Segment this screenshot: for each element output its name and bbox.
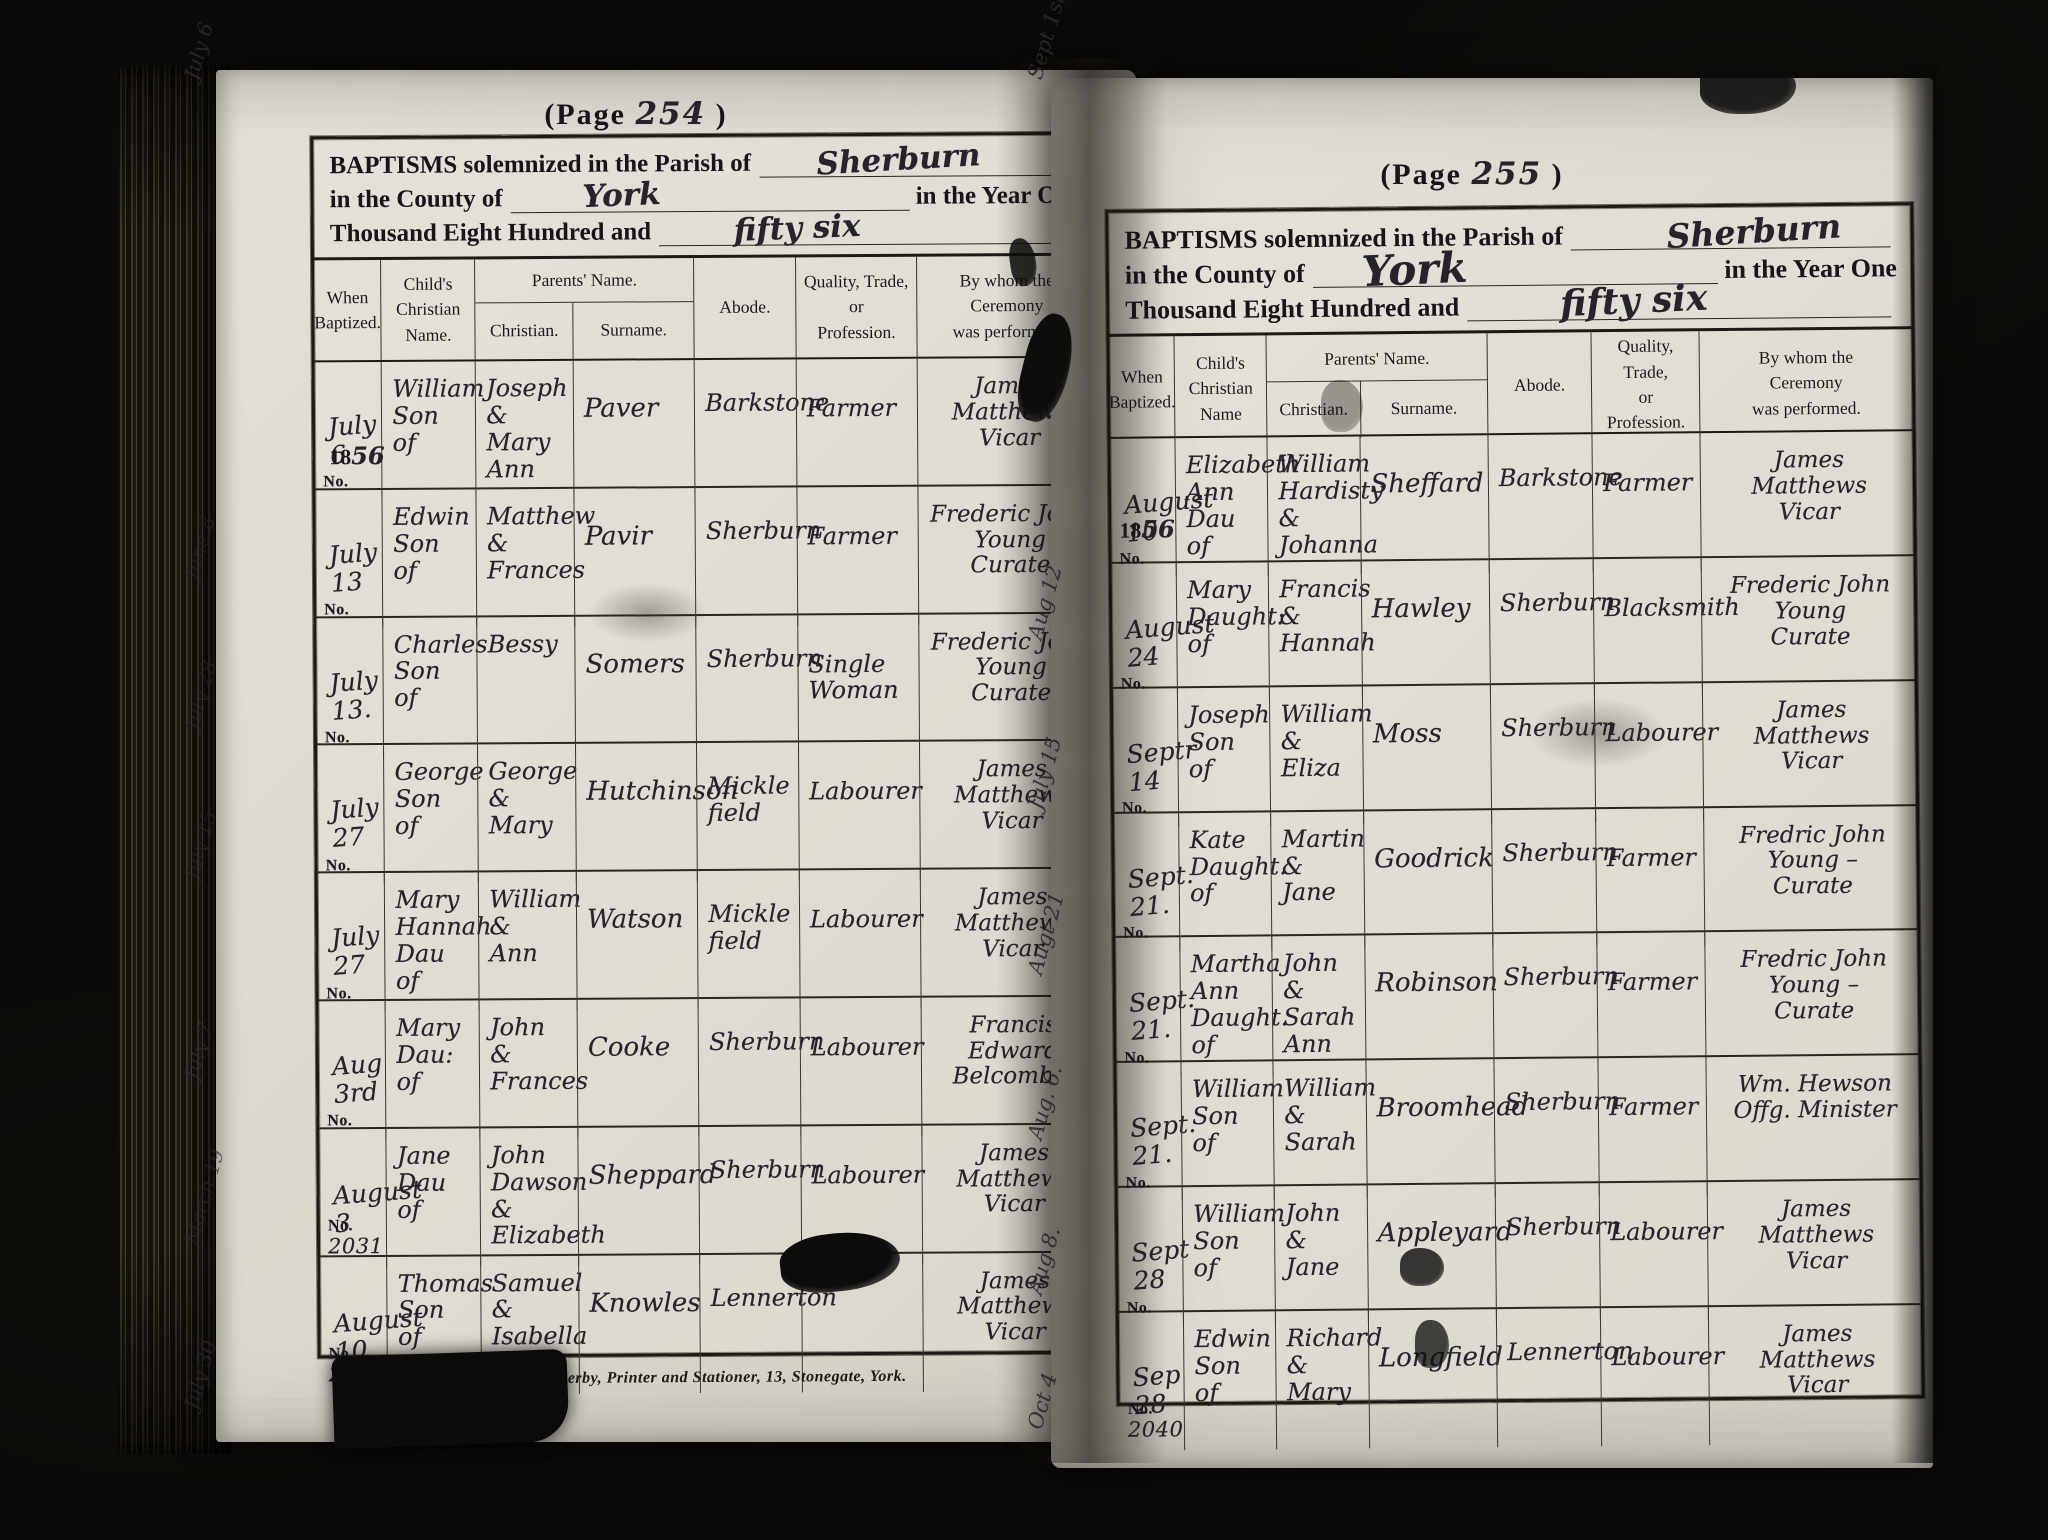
trade-cell: Labourer [799, 998, 921, 1137]
parents-christian-cell: Bessy [477, 616, 576, 755]
abode-cell: Sherburn [699, 1126, 801, 1265]
baptism-entry-row: July 13. No. Charles Son of Bessy Somers… [316, 613, 1099, 746]
by-whom-cell: James Matthews Vicar [1702, 681, 1916, 821]
ink-blot [1400, 1248, 1444, 1286]
child-name-cell: Edwin Son of [1183, 1311, 1277, 1450]
baptism-entry-row: July 27 No. George Son of George & Mary … [317, 741, 1100, 874]
no-label: No. 2031 [328, 1217, 387, 1259]
col-abode: Abode. [1486, 333, 1591, 439]
col-surname: Surname. [573, 302, 694, 359]
baptism-entry-row: July 27 No. Mary Hannah Dau of William &… [318, 869, 1101, 1002]
abode-cell: Sherburn [1493, 1058, 1599, 1197]
child-name-cell: Charles Son of [383, 617, 478, 756]
year-underline: fifty six [1467, 287, 1891, 322]
col-quality-trade: Quality, Trade, or Profession. [795, 257, 917, 358]
no-label: No. [327, 1108, 352, 1132]
abode-cell: Sherburn [1495, 1183, 1601, 1322]
page-edge-fade [1892, 58, 1938, 1463]
no-label: No. [323, 469, 348, 493]
close-paren: ) [716, 98, 728, 131]
child-name-cell: Jane Dau of [386, 1128, 481, 1267]
when-baptized-cell: Sep 28 No. 2040 [1119, 1312, 1184, 1451]
parents-christian-cell: William & Sarah [1273, 1061, 1367, 1200]
col-childs-name: Child's Christian Name [1174, 336, 1267, 442]
parents-christian-cell: John Dawson & Elizabeth [480, 1128, 579, 1267]
baptism-entry-row: August 24 No. Mary Daught: of Francis & … [1112, 556, 1915, 688]
when-baptized-cell: July 27 No. [317, 745, 384, 883]
child-name-cell: William Son of [381, 361, 476, 500]
county-handwritten: York [1360, 239, 1468, 300]
county-handwritten: York [582, 174, 662, 219]
book-page-stack-edge [118, 66, 232, 1454]
baptism-entry-row: July 13 No. Edwin Son of Matthew & Franc… [315, 485, 1098, 618]
col-surname: Surname. [1360, 380, 1488, 437]
baptism-register-form-right: BAPTISMS solemnized in the Parish of She… [1105, 202, 1924, 1406]
baptism-entries-left: July 6 No. William Son of Joseph & Mary … [315, 358, 1103, 1383]
when-baptized-cell: Septr 14 No. [1113, 688, 1178, 827]
ink-blot [1415, 1320, 1449, 1368]
parents-christian-cell: George & Mary [477, 744, 576, 883]
column-headers-right: When Baptized. Child's Christian Name Pa… [1110, 329, 1913, 439]
parents-christian-cell: Joseph & Mary Ann [475, 361, 574, 500]
surname-cell: Sheppard [577, 1127, 699, 1266]
abode-cell: Sherburn [1489, 559, 1595, 698]
county-label: in the County of [1125, 256, 1305, 293]
thousand-label: Thousand Eight Hundred and [330, 216, 651, 252]
parents-christian-cell: John & Frances [479, 1000, 578, 1139]
entry-number: 2031 [328, 1234, 384, 1258]
no-label: No. [325, 724, 350, 748]
baptism-date: July 13 [328, 538, 380, 597]
baptism-register-form-left: BAPTISMS solemnized in the Parish of She… [310, 132, 1105, 1359]
baptism-entry-row: Sept. 21. No. Kate Daught. of Martin & J… [1114, 806, 1917, 938]
surname-cell: Robinson [1364, 935, 1494, 1074]
baptism-entry-row: July 6 No. William Son of Joseph & Mary … [315, 358, 1098, 491]
baptism-entry-row: Sept. 21. No. William Son of William & S… [1116, 1055, 1919, 1187]
col-christian: Christian. [476, 303, 573, 360]
abode-cell: Barkstone [1487, 435, 1593, 574]
entry-number: 2040 [1128, 1418, 1184, 1443]
by-whom-cell: Wm. Hewson Offg. Minister [1706, 1055, 1920, 1195]
year-handwritten: fifty six [733, 206, 861, 253]
abode-cell: Sherburn [695, 615, 797, 754]
surname-cell: Broomhead [1365, 1059, 1495, 1198]
page-number-handwritten: 255 [1471, 156, 1542, 192]
baptism-date: July 27 [330, 922, 382, 981]
child-name-cell: Joseph Son of [1177, 687, 1271, 826]
ink-smudge [1321, 380, 1363, 432]
child-name-cell: Elizabeth Ann Dau of [1175, 438, 1269, 577]
abode-cell: Sherburn [1492, 934, 1598, 1073]
col-abode: Abode. [693, 257, 795, 358]
by-whom-cell: James Matthews Vicar [1707, 1180, 1921, 1320]
parents-christian-cell: William & Ann [478, 872, 577, 1011]
when-baptized-cell: Sept 28 No. [1118, 1187, 1183, 1326]
surname-cell: Cooke [577, 999, 699, 1138]
surname-cell: Moss [1361, 685, 1491, 824]
page-word: (Page [1380, 158, 1462, 191]
by-whom-cell: James Matthews Vicar [1700, 431, 1914, 571]
parish-underline: Sherburn [759, 145, 1076, 178]
when-baptized-cell: August 10 No. [1110, 439, 1175, 578]
page-number-heading-right: (Page 255 ) [1031, 156, 1913, 192]
child-name-cell: Mary Dau: of [385, 1000, 480, 1139]
dark-shadow-bottom-left [331, 1349, 569, 1449]
baptism-date: July 13. [329, 666, 381, 725]
no-label: No. [324, 596, 349, 620]
year-1856-right: 1856 [1119, 514, 1175, 544]
trade-cell: Single Woman [797, 614, 919, 753]
when-baptized-cell: July 27 No. [318, 873, 385, 1011]
surname-cell: Goodrick [1363, 810, 1493, 949]
page-number-heading-left: (Page 254 ) [176, 96, 1096, 132]
baptism-entries-right: August 10 No. Elizabeth Ann Dau of Willi… [1110, 431, 1922, 1435]
baptism-entry-row: August 3 No. 2031 Jane Dau of John Dawso… [319, 1124, 1102, 1257]
surname-cell: Paver [573, 360, 695, 499]
when-baptized-cell: July 6 No. [315, 362, 382, 500]
abode-cell: Sherburn [695, 487, 797, 626]
parents-christian-cell: William & Eliza [1269, 686, 1363, 825]
abode-cell: Mickle field [696, 743, 798, 882]
abode-cell: Barkstone [694, 359, 796, 498]
parents-christian-cell: Martin & Jane [1270, 811, 1364, 950]
trade-cell: Farmer [1592, 433, 1702, 572]
trade-cell: Labourer [799, 870, 921, 1009]
surname-cell: Hutchinson [575, 743, 697, 882]
baptism-entry-row: Aug 3rd No. Mary Dau: of John & Frances … [319, 997, 1102, 1130]
close-paren: ) [1552, 158, 1564, 191]
ink-bleedthrough [1528, 698, 1668, 768]
when-baptized-cell: Sept. 21. No. [1114, 813, 1179, 952]
register-page-right: (Page 255 ) BAPTISMS solemnized in the P… [1051, 78, 1933, 1468]
open-register-book: (Page 254 ) BAPTISMS solemnized in the P… [118, 58, 1930, 1463]
baptism-date: Aug 3rd [331, 1049, 385, 1109]
parents-christian-cell: Richard & Mary [1275, 1310, 1369, 1449]
baptism-entry-row: August 10 No. Elizabeth Ann Dau of Willi… [1110, 431, 1913, 563]
county-label: in the County of [330, 182, 503, 217]
when-baptized-cell: July 13 No. [315, 490, 382, 628]
parents-christian-cell: Matthew & Frances [476, 489, 575, 628]
col-quality-trade: Quality, Trade, or Profession. [1591, 331, 1700, 438]
col-childs-name: Child's Christian Name. [380, 259, 474, 360]
year-one-label: in the Year One [1724, 250, 1897, 287]
child-name-cell: Edwin Son of [382, 489, 477, 628]
year-1856-left: 1856 [329, 441, 385, 470]
parents-christian-cell: John & Jane [1274, 1186, 1368, 1325]
when-baptized-cell: Sept. 21. No. [1115, 938, 1180, 1077]
by-whom-cell: Frederic John Young Curate [1701, 556, 1915, 696]
surname-cell: Watson [576, 871, 698, 1010]
when-baptized-cell: August 3 No. 2031 [319, 1129, 386, 1267]
trade-cell: Farmer [1595, 808, 1705, 947]
form-title: BAPTISMS solemnized in the Parish of [1124, 219, 1563, 258]
col-when-baptized: When Baptized. [1110, 337, 1175, 443]
parish-underline: Sherburn [1571, 216, 1891, 250]
child-name-cell: George Son of [383, 745, 478, 884]
child-name-cell: William Son of [1181, 1062, 1275, 1201]
when-baptized-cell: July 13. No. [316, 618, 383, 756]
ink-bleedthrough [588, 583, 708, 643]
col-parents-name: Parents' Name. [1267, 336, 1487, 382]
surname-cell: Hawley [1360, 560, 1490, 699]
surname-cell: Sheffard [1359, 436, 1489, 575]
parents-christian-cell: William Hardisty & Johanna [1267, 437, 1361, 576]
abode-cell: Sherburn [1491, 809, 1597, 948]
baptism-entry-row: Sep 28 No. 2040 Edwin Son of Richard & M… [1119, 1305, 1922, 1435]
trade-cell: Labourer [798, 742, 920, 881]
form-header-right: BAPTISMS solemnized in the Parish of She… [1108, 205, 1911, 337]
child-name-cell: Mary Daught: of [1176, 562, 1270, 701]
scanned-register-photo: { "scene": { "background_color": "#0b0a0… [0, 0, 2048, 1540]
form-header-left: BAPTISMS solemnized in the Parish of She… [313, 135, 1096, 261]
by-whom-cell: Fredric John Young – Curate [1703, 806, 1917, 946]
trade-cell: Blacksmith [1593, 558, 1703, 697]
baptism-entry-row: Sept 28 No. William Son of John & Jane A… [1118, 1180, 1921, 1312]
parents-christian-cell: John & Sarah Ann [1272, 936, 1366, 1075]
page-word: (Page [544, 98, 626, 131]
page-number-handwritten: 254 [635, 96, 706, 132]
abode-cell: Mickle field [697, 871, 799, 1010]
parents-christian-cell: Francis & Hannah [1268, 562, 1362, 701]
trade-cell: Labourer [1599, 1182, 1709, 1321]
no-label: No. [326, 852, 351, 876]
register-page-left: (Page 254 ) BAPTISMS solemnized in the P… [216, 70, 1136, 1442]
column-headers-left: When Baptized. Child's Christian Name. P… [314, 256, 1097, 363]
child-name-cell: Kate Daught. of [1178, 812, 1272, 951]
year-handwritten: fifty six [1559, 273, 1708, 328]
by-whom-cell: Fredric John Young – Curate [1705, 931, 1919, 1071]
abode-cell: Lennerton [1496, 1308, 1602, 1447]
baptism-entry-row: Sept. 21. No. Martha Ann Daught. of John… [1115, 931, 1918, 1063]
child-name-cell: Mary Hannah Dau of [384, 873, 479, 1012]
when-baptized-cell: Aug 3rd No. [319, 1001, 386, 1139]
child-name-cell: William Son of [1182, 1186, 1276, 1325]
baptism-entry-row: Septr 14 No. Joseph Son of William & Eli… [1113, 681, 1916, 813]
trade-cell: Farmer [1596, 933, 1706, 1072]
trade-cell: Farmer [796, 359, 918, 498]
form-title: BAPTISMS solemnized in the Parish of [329, 147, 751, 183]
abode-cell: Sherburn [698, 998, 800, 1137]
no-label: No. [326, 980, 351, 1004]
baptism-date: July 27 [329, 794, 381, 853]
when-baptized-cell: Sept. 21. No. [1116, 1062, 1181, 1201]
no-label: No. 2040 [1128, 1401, 1185, 1443]
when-baptized-cell: August 24 No. [1112, 563, 1177, 702]
col-when-baptized: When Baptized. [314, 260, 381, 360]
child-name-cell: Martha Ann Daught. of [1179, 937, 1273, 1076]
col-parents-name: Parents' Name. [475, 258, 693, 303]
col-by-whom: By whom the Ceremony was performed. [1699, 329, 1913, 437]
trade-cell: Farmer [1598, 1057, 1708, 1196]
trade-cell: Labourer [1600, 1307, 1710, 1446]
by-whom-cell: James Matthews Vicar [1708, 1305, 1922, 1445]
trade-cell: Farmer [796, 487, 918, 626]
